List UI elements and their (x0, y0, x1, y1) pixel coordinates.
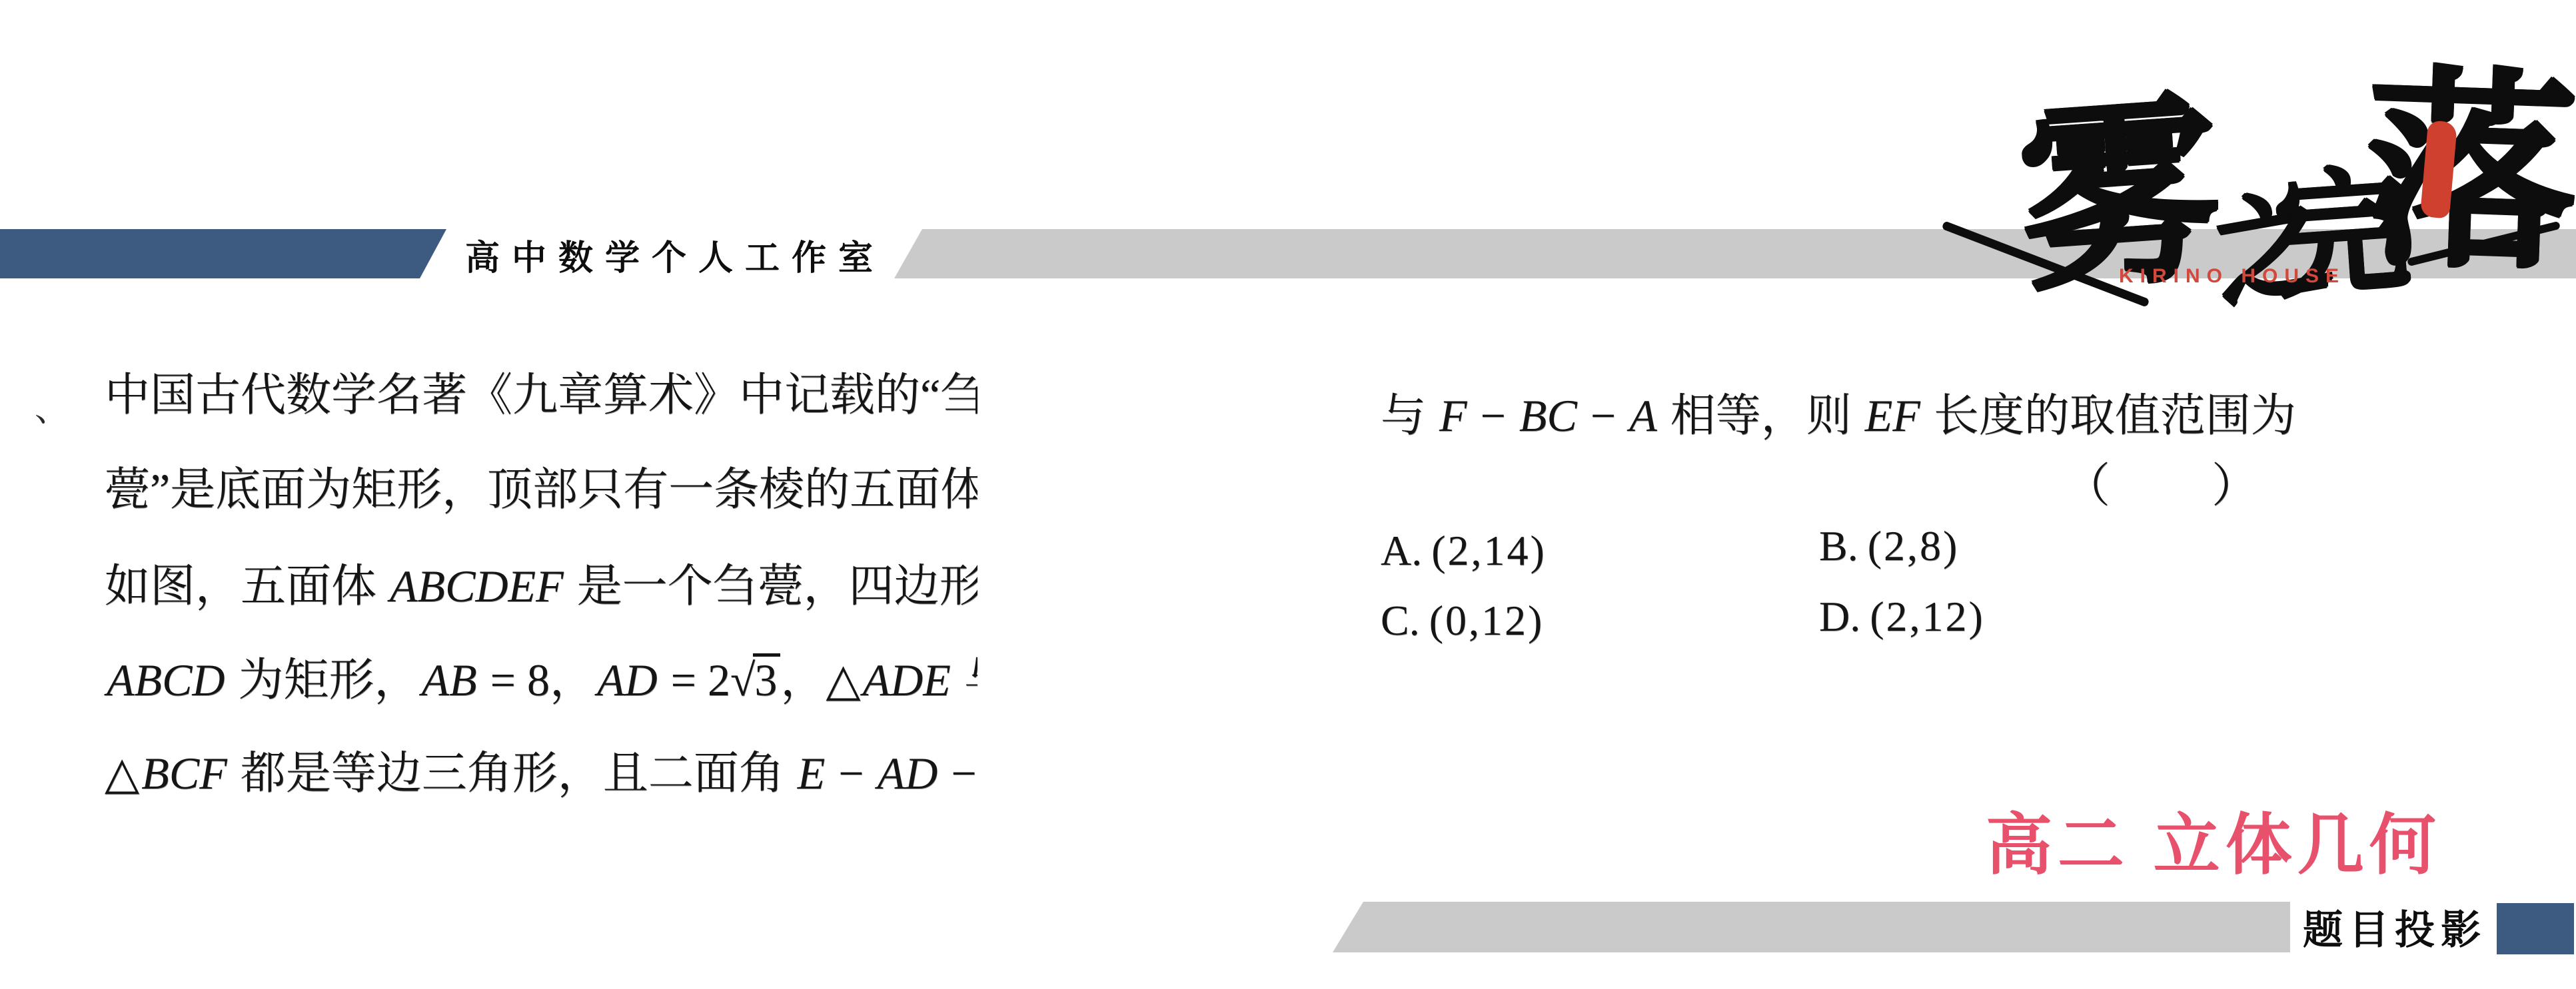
problem-line: 如图，五面体 ABCDEF 是一个刍甍，四边形 (105, 559, 977, 613)
problem-line: ABCD 为矩形，AB = 8，AD = 2√3，△ADE 与 (105, 653, 977, 707)
option-label: A. (1381, 527, 1422, 574)
subject-title: 高二 立体几何 (1986, 791, 2441, 887)
list-item-marker: 、 (35, 381, 69, 431)
problem-line: △BCF 都是等边三角形，且二面角 E − AD − B (105, 747, 977, 800)
option-value: (2,8) (1858, 522, 1960, 569)
studio-title: 高中数学个人工作室 (465, 230, 885, 278)
option-value: (0,12) (1420, 597, 1545, 644)
option-value: (2,14) (1422, 527, 1547, 574)
option-label: D. (1819, 593, 1860, 640)
problem-line: 中国古代数学名著《九章算术》中记载的“刍 (105, 368, 977, 422)
problem-line: 甍”是底面为矩形，顶部只有一条棱的五面体 (105, 463, 977, 516)
question-line: 与 F − BC − A 相等，则 EF 长度的取值范围为 (1381, 380, 2296, 444)
option-label: C. (1381, 597, 1420, 644)
option-d: D.(2,12) (1819, 592, 1985, 641)
footer-gray-band (1333, 902, 2290, 952)
brand-logo: 雾 之 完 落 KIRINO HOUSE (1966, 40, 2572, 306)
slide-canvas: 高中数学个人工作室 雾 之 完 落 KIRINO HOUSE 、 中国古代数学名… (0, 0, 2576, 989)
footer-blue-square (2497, 903, 2574, 954)
logo-calligraphy-char: 落 (2361, 65, 2576, 284)
option-c: C.(0,12) (1381, 596, 1544, 645)
option-a: A.(2,14) (1381, 526, 1547, 575)
problem-text-left: 中国古代数学名著《九章算术》中记载的“刍 甍”是底面为矩形，顶部只有一条棱的五面… (103, 363, 977, 842)
option-value: (2,12) (1860, 593, 1985, 640)
option-label: B. (1819, 522, 1858, 569)
header-blue-band (0, 229, 446, 278)
logo-subtitle: KIRINO HOUSE (2119, 265, 2345, 288)
problem-text-right: 与 F − BC − A 相等，则 EF 长度的取值范围为 （ ） A.(2,1… (1381, 363, 2297, 676)
footer-label: 题目投影 (2303, 902, 2487, 952)
option-b: B.(2,8) (1819, 521, 1959, 571)
answer-blank-parentheses: （ ） (2064, 448, 2261, 515)
